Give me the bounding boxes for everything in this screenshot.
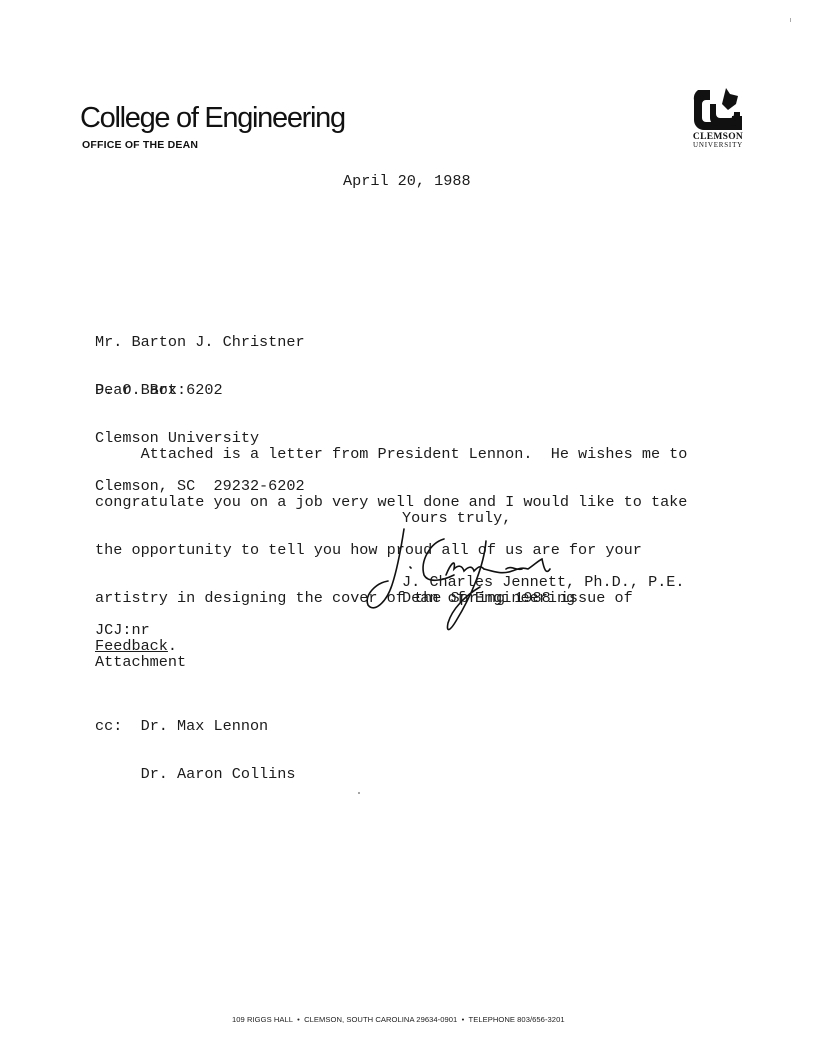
body-line: Attached is a letter from President Lenn…: [95, 446, 687, 462]
scan-speck: [358, 792, 360, 794]
signer-name: J. Charles Jennett, Ph.D., P.E.: [402, 574, 685, 590]
cc-name: Dr. Aaron Collins: [141, 765, 296, 783]
cc-name: Dr. Max Lennon: [141, 717, 269, 735]
letter-date: April 20, 1988: [343, 173, 471, 189]
enclosure-note: Attachment: [95, 654, 186, 670]
cc-list: cc: Dr. Max Lennon Dr. Aaron Collins: [95, 686, 296, 798]
letterhead-footer: 109 RIGGS HALL • CLEMSON, SOUTH CAROLINA…: [232, 1015, 565, 1024]
salutation: Dear Bart:: [95, 382, 186, 398]
logo-university-text: UNIVERSITY: [674, 141, 762, 149]
cc-line: cc: Dr. Max Lennon: [95, 718, 296, 734]
cc-line: Dr. Aaron Collins: [95, 766, 296, 782]
scan-mark: [790, 18, 791, 22]
closing: Yours truly,: [402, 510, 511, 526]
body-line-last: Feedback.: [95, 638, 687, 654]
reference-initials: JCJ:nr: [95, 622, 150, 638]
body-line: congratulate you on a job very well done…: [95, 494, 687, 510]
cc-label: cc:: [95, 717, 122, 735]
letterhead-office: OFFICE OF THE DEAN: [82, 139, 198, 151]
letterhead-college: College of Engineering: [80, 102, 345, 135]
signer-title: Dean of Engineering: [402, 590, 575, 606]
address-line: Mr. Barton J. Christner: [95, 334, 305, 350]
